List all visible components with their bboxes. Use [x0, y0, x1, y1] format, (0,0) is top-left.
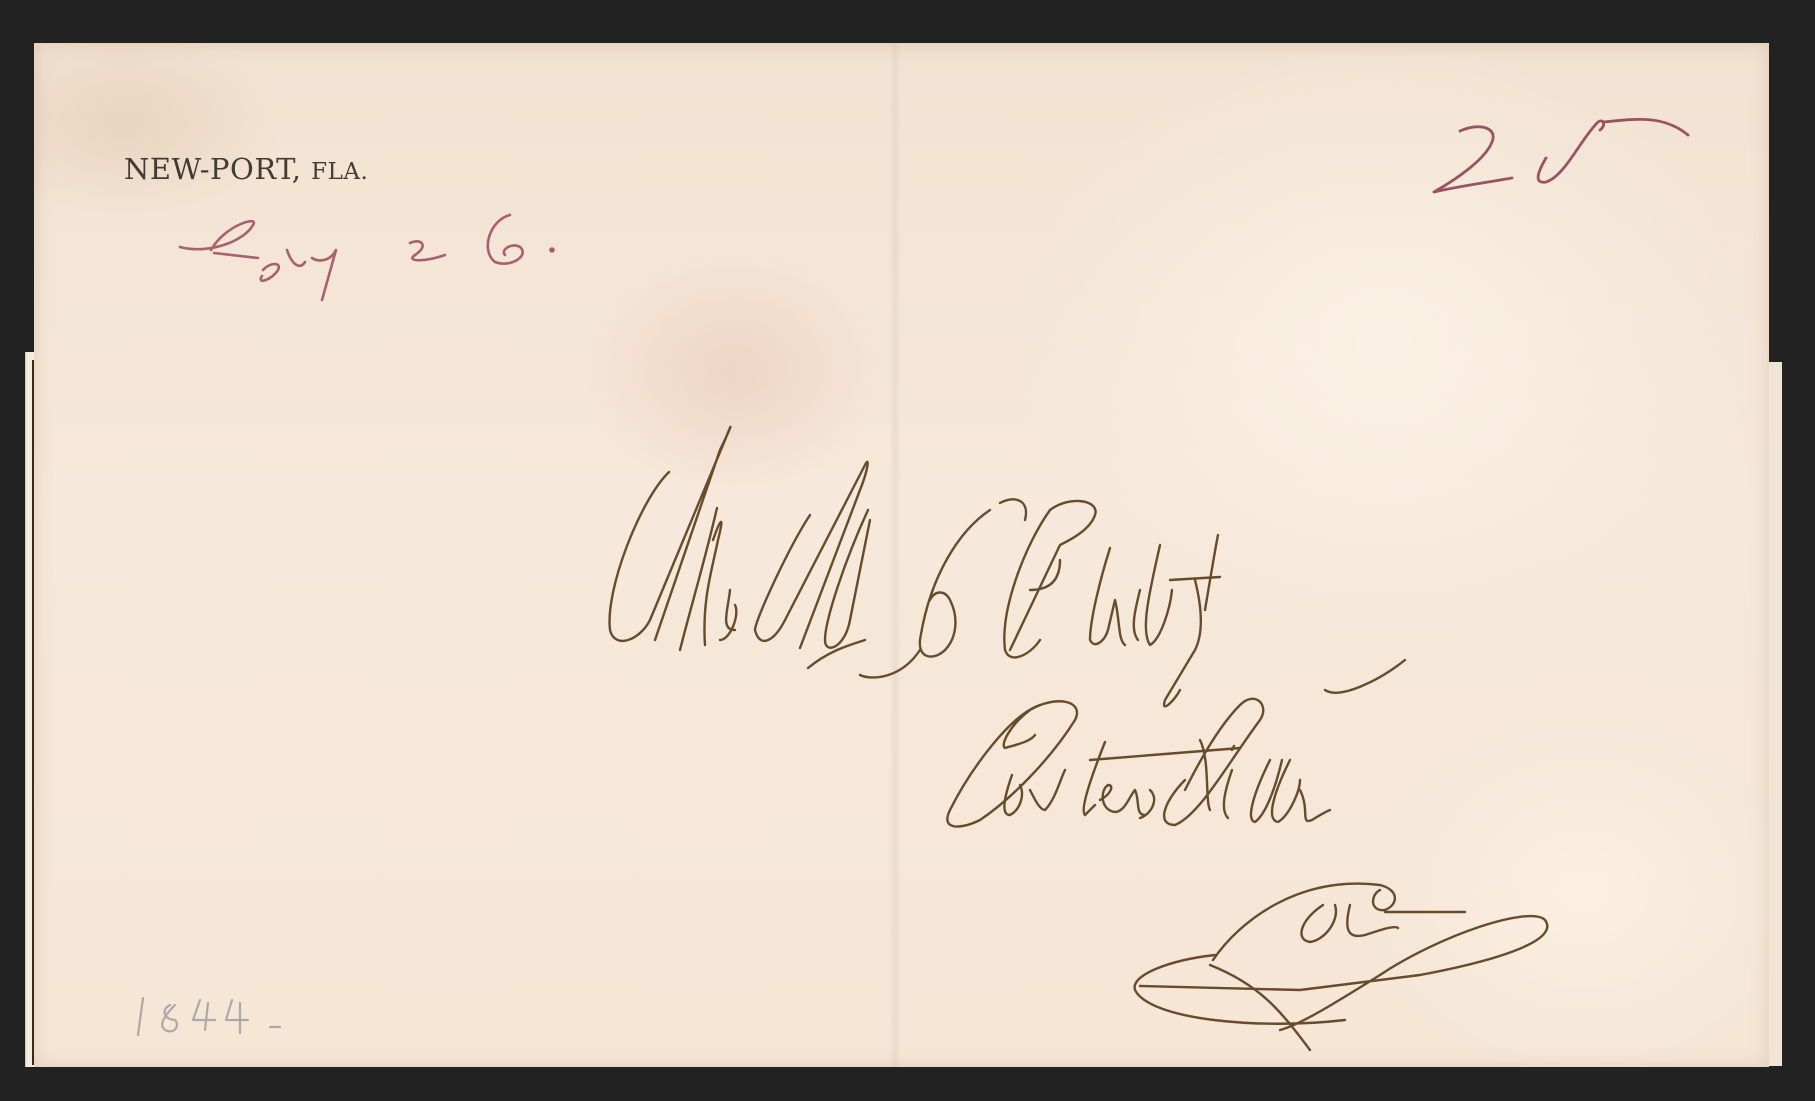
postmark-town: NEW-PORT, — [124, 152, 301, 186]
address-name: Mrs M E Starke — [610, 490, 1499, 618]
manuscript-rate: 25 — [1435, 110, 1511, 180]
address-state: Ga — [1290, 890, 1374, 960]
address-town: Portersville — [960, 700, 1483, 805]
postmark-state: FLA. — [311, 159, 368, 185]
manuscript-date: Feby 26 — [175, 210, 376, 268]
town-postmark: NEW-PORT, FLA. — [124, 152, 368, 186]
pencil-year-note: 1844- — [135, 995, 250, 1041]
